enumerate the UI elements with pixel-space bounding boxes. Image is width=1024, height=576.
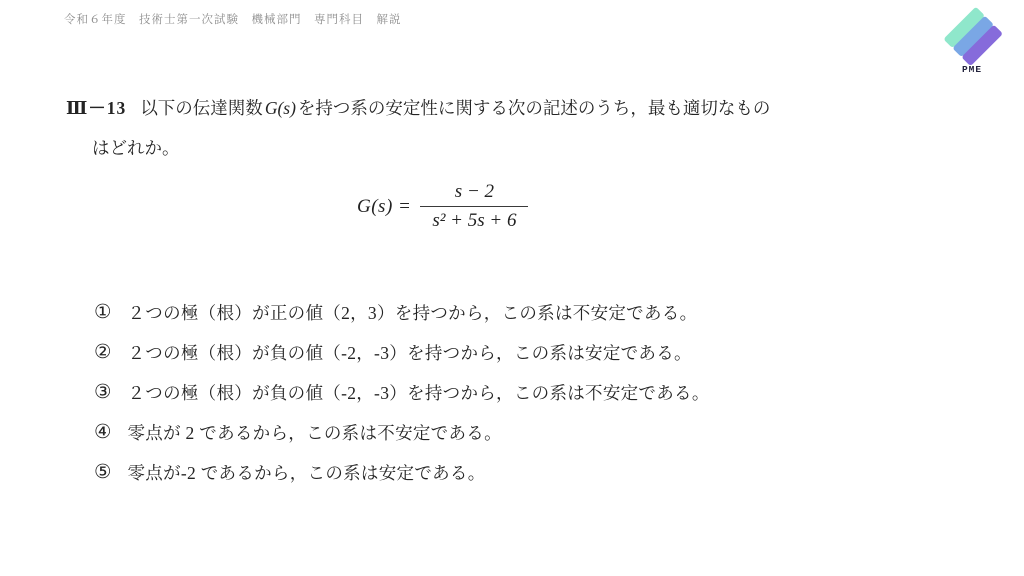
option-2-text: ２つの極（根）が負の値（-2，-3）を持つから，この系は安定である。: [127, 340, 691, 365]
question-text-before-math: 以下の伝達関数: [140, 98, 263, 118]
pme-logo: PME: [934, 5, 1010, 75]
question-block: Ⅲ－13以下の伝達関数G(s)を持つ系の安定性に関する次の記述のうち，最も適切な…: [66, 88, 956, 168]
transfer-function-formula: G(s) = s − 2 s² + 5s + 6: [357, 181, 528, 232]
question-number: Ⅲ－13: [66, 98, 126, 118]
option-5: ⑤ 零点が-2 であるから，この系は安定である。: [94, 452, 974, 492]
fraction-numerator: s − 2: [420, 181, 528, 206]
option-1: ① ２つの極（根）が正の値（2，3）を持つから，この系は不安定である。: [94, 292, 974, 332]
option-3-text: ２つの極（根）が負の値（-2，-3）を持つから，この系は不安定である。: [127, 380, 709, 405]
question-line-1: Ⅲ－13以下の伝達関数G(s)を持つ系の安定性に関する次の記述のうち，最も適切な…: [66, 88, 956, 128]
inline-transfer-function: G(s): [263, 98, 298, 118]
formula-lhs: G(s) =: [357, 196, 411, 218]
document-header-title: 令和６年度 技術士第一次試験 機械部門 専門科目 解説: [64, 11, 402, 27]
pme-logo-stripes-icon: [940, 5, 1004, 63]
option-4-marker: ④: [94, 420, 111, 444]
fraction-denominator: s² + 5s + 6: [420, 206, 528, 232]
option-5-marker: ⑤: [94, 460, 111, 484]
option-3: ③ ２つの極（根）が負の値（-2，-3）を持つから，この系は不安定である。: [94, 372, 974, 412]
option-1-text: ２つの極（根）が正の値（2，3）を持つから，この系は不安定である。: [127, 300, 697, 325]
option-5-text: 零点が-2 であるから，この系は安定である。: [127, 460, 485, 485]
answer-options-list: ① ２つの極（根）が正の値（2，3）を持つから，この系は不安定である。 ② ２つ…: [94, 292, 974, 492]
logo-label: PME: [934, 64, 1010, 75]
option-1-marker: ①: [94, 300, 111, 324]
option-3-marker: ③: [94, 380, 111, 404]
option-2: ② ２つの極（根）が負の値（-2，-3）を持つから，この系は安定である。: [94, 332, 974, 372]
formula-fraction: s − 2 s² + 5s + 6: [420, 181, 528, 232]
question-text-after-math: を持つ系の安定性に関する次の記述のうち，最も適切なもの: [298, 98, 771, 118]
question-line-2: はどれか。: [92, 128, 956, 168]
option-4-text: 零点が 2 であるから，この系は不安定である。: [127, 420, 501, 445]
option-4: ④ 零点が 2 であるから，この系は不安定である。: [94, 412, 974, 452]
option-2-marker: ②: [94, 340, 111, 364]
